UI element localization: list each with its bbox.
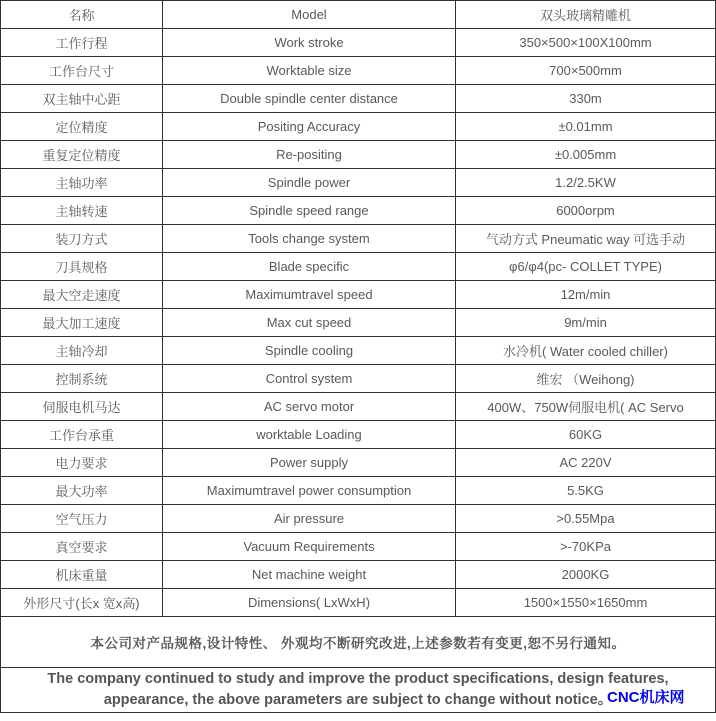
table-row: 空气压力Air pressure>0.55Mpa [1, 505, 716, 533]
spec-rows: 名称Model双头玻璃精雕机工作行程Work stroke350×500×100… [1, 1, 716, 617]
cell-model: Spindle cooling [163, 337, 456, 365]
cell-model: Air pressure [163, 505, 456, 533]
table-row: 主轴功率Spindle power1.2/2.5KW [1, 169, 716, 197]
site-watermark: CNC机床网 [607, 686, 685, 707]
cell-value: 2000KG [456, 561, 716, 589]
cell-model: Spindle speed range [163, 197, 456, 225]
cell-model: Power supply [163, 449, 456, 477]
table-row: 刀具规格Blade specificφ6/φ4(pc- COLLET TYPE) [1, 253, 716, 281]
table-row: 主轴冷却Spindle cooling水冷机( Water cooled chi… [1, 337, 716, 365]
table-row: 伺服电机马达AC servo motor400W、750W伺服电机( AC Se… [1, 393, 716, 421]
cell-name: 真空要求 [1, 533, 163, 561]
cell-value: 6000orpm [456, 197, 716, 225]
spec-sheet: 名称Model双头玻璃精雕机工作行程Work stroke350×500×100… [0, 0, 716, 721]
table-row: 名称Model双头玻璃精雕机 [1, 1, 716, 29]
cell-value: 9m/min [456, 309, 716, 337]
cell-model: Blade specific [163, 253, 456, 281]
cell-model: Tools change system [163, 225, 456, 253]
table-row: 工作台承重worktable Loading60KG [1, 421, 716, 449]
cell-name: 工作行程 [1, 29, 163, 57]
table-row: 控制系统Control system维宏 （Weihong) [1, 365, 716, 393]
table-row: 双主轴中心距Double spindle center distance330m [1, 85, 716, 113]
notice-text-chinese: 本公司对产品规格,设计特性、 外观均不断研究改进,上述参数若有变更,恕不另行通知… [1, 617, 716, 668]
cell-name: 工作台尺寸 [1, 57, 163, 85]
table-row: 最大加工速度Max cut speed9m/min [1, 309, 716, 337]
cell-name: 装刀方式 [1, 225, 163, 253]
table-row: 装刀方式Tools change system气动方式 Pneumatic wa… [1, 225, 716, 253]
cell-name: 定位精度 [1, 113, 163, 141]
cell-value: 700×500mm [456, 57, 716, 85]
cell-name: 控制系统 [1, 365, 163, 393]
cell-value: 1.2/2.5KW [456, 169, 716, 197]
cell-value: ±0.005mm [456, 141, 716, 169]
table-row: 工作台尺寸Worktable size700×500mm [1, 57, 716, 85]
cell-value: φ6/φ4(pc- COLLET TYPE) [456, 253, 716, 281]
cell-model: Positing Accuracy [163, 113, 456, 141]
cell-model: Net machine weight [163, 561, 456, 589]
cell-name: 刀具规格 [1, 253, 163, 281]
table-row: 工作行程Work stroke350×500×100X100mm [1, 29, 716, 57]
cell-value: AC 220V [456, 449, 716, 477]
cell-model: Re-positing [163, 141, 456, 169]
cell-name: 空气压力 [1, 505, 163, 533]
cell-value: 60KG [456, 421, 716, 449]
cell-model: Worktable size [163, 57, 456, 85]
cell-name: 伺服电机马达 [1, 393, 163, 421]
cell-name: 外形尺寸(长x 宽x高) [1, 589, 163, 617]
cell-value: ±0.01mm [456, 113, 716, 141]
cell-name: 机床重量 [1, 561, 163, 589]
cell-value: 水冷机( Water cooled chiller) [456, 337, 716, 365]
cell-value: 12m/min [456, 281, 716, 309]
cell-model: Control system [163, 365, 456, 393]
table-row: 外形尺寸(长x 宽x高)Dimensions( LxWxH)1500×1550×… [1, 589, 716, 617]
cell-value: 5.5KG [456, 477, 716, 505]
cell-name: 主轴功率 [1, 169, 163, 197]
cell-name: 重复定位精度 [1, 141, 163, 169]
table-row: 最大功率Maximumtravel power consumption5.5KG [1, 477, 716, 505]
cell-model: Dimensions( LxWxH) [163, 589, 456, 617]
cell-value: 330m [456, 85, 716, 113]
cell-name: 工作台承重 [1, 421, 163, 449]
cell-name: 主轴转速 [1, 197, 163, 225]
cell-name: 主轴冷却 [1, 337, 163, 365]
cell-model: Vacuum Requirements [163, 533, 456, 561]
cell-value: 双头玻璃精雕机 [456, 1, 716, 29]
cell-name: 最大加工速度 [1, 309, 163, 337]
cell-model: Spindle power [163, 169, 456, 197]
cell-model: Maximumtravel speed [163, 281, 456, 309]
cell-value: >-70KPa [456, 533, 716, 561]
cell-name: 最大功率 [1, 477, 163, 505]
cell-model: Work stroke [163, 29, 456, 57]
cell-model: Maximumtravel power consumption [163, 477, 456, 505]
table-row: 最大空走速度Maximumtravel speed12m/min [1, 281, 716, 309]
cell-value: 气动方式 Pneumatic way 可选手动 [456, 225, 716, 253]
cell-model: AC servo motor [163, 393, 456, 421]
table-row: 机床重量Net machine weight2000KG [1, 561, 716, 589]
cell-name: 名称 [1, 1, 163, 29]
cell-name: 电力要求 [1, 449, 163, 477]
table-row: 重复定位精度Re-positing±0.005mm [1, 141, 716, 169]
cell-value: 维宏 （Weihong) [456, 365, 716, 393]
cell-model: Max cut speed [163, 309, 456, 337]
table-row: 定位精度Positing Accuracy±0.01mm [1, 113, 716, 141]
cell-name: 最大空走速度 [1, 281, 163, 309]
table-row: 电力要求Power supplyAC 220V [1, 449, 716, 477]
cell-value: 350×500×100X100mm [456, 29, 716, 57]
spec-table: 名称Model双头玻璃精雕机工作行程Work stroke350×500×100… [0, 0, 716, 713]
cell-value: 400W、750W伺服电机( AC Servo [456, 393, 716, 421]
cell-model: Model [163, 1, 456, 29]
cell-value: 1500×1550×1650mm [456, 589, 716, 617]
notice-row-chinese: 本公司对产品规格,设计特性、 外观均不断研究改进,上述参数若有变更,恕不另行通知… [1, 617, 716, 668]
cell-name: 双主轴中心距 [1, 85, 163, 113]
table-row: 真空要求Vacuum Requirements>-70KPa [1, 533, 716, 561]
table-row: 主轴转速Spindle speed range6000orpm [1, 197, 716, 225]
cell-model: worktable Loading [163, 421, 456, 449]
cell-value: >0.55Mpa [456, 505, 716, 533]
cell-model: Double spindle center distance [163, 85, 456, 113]
